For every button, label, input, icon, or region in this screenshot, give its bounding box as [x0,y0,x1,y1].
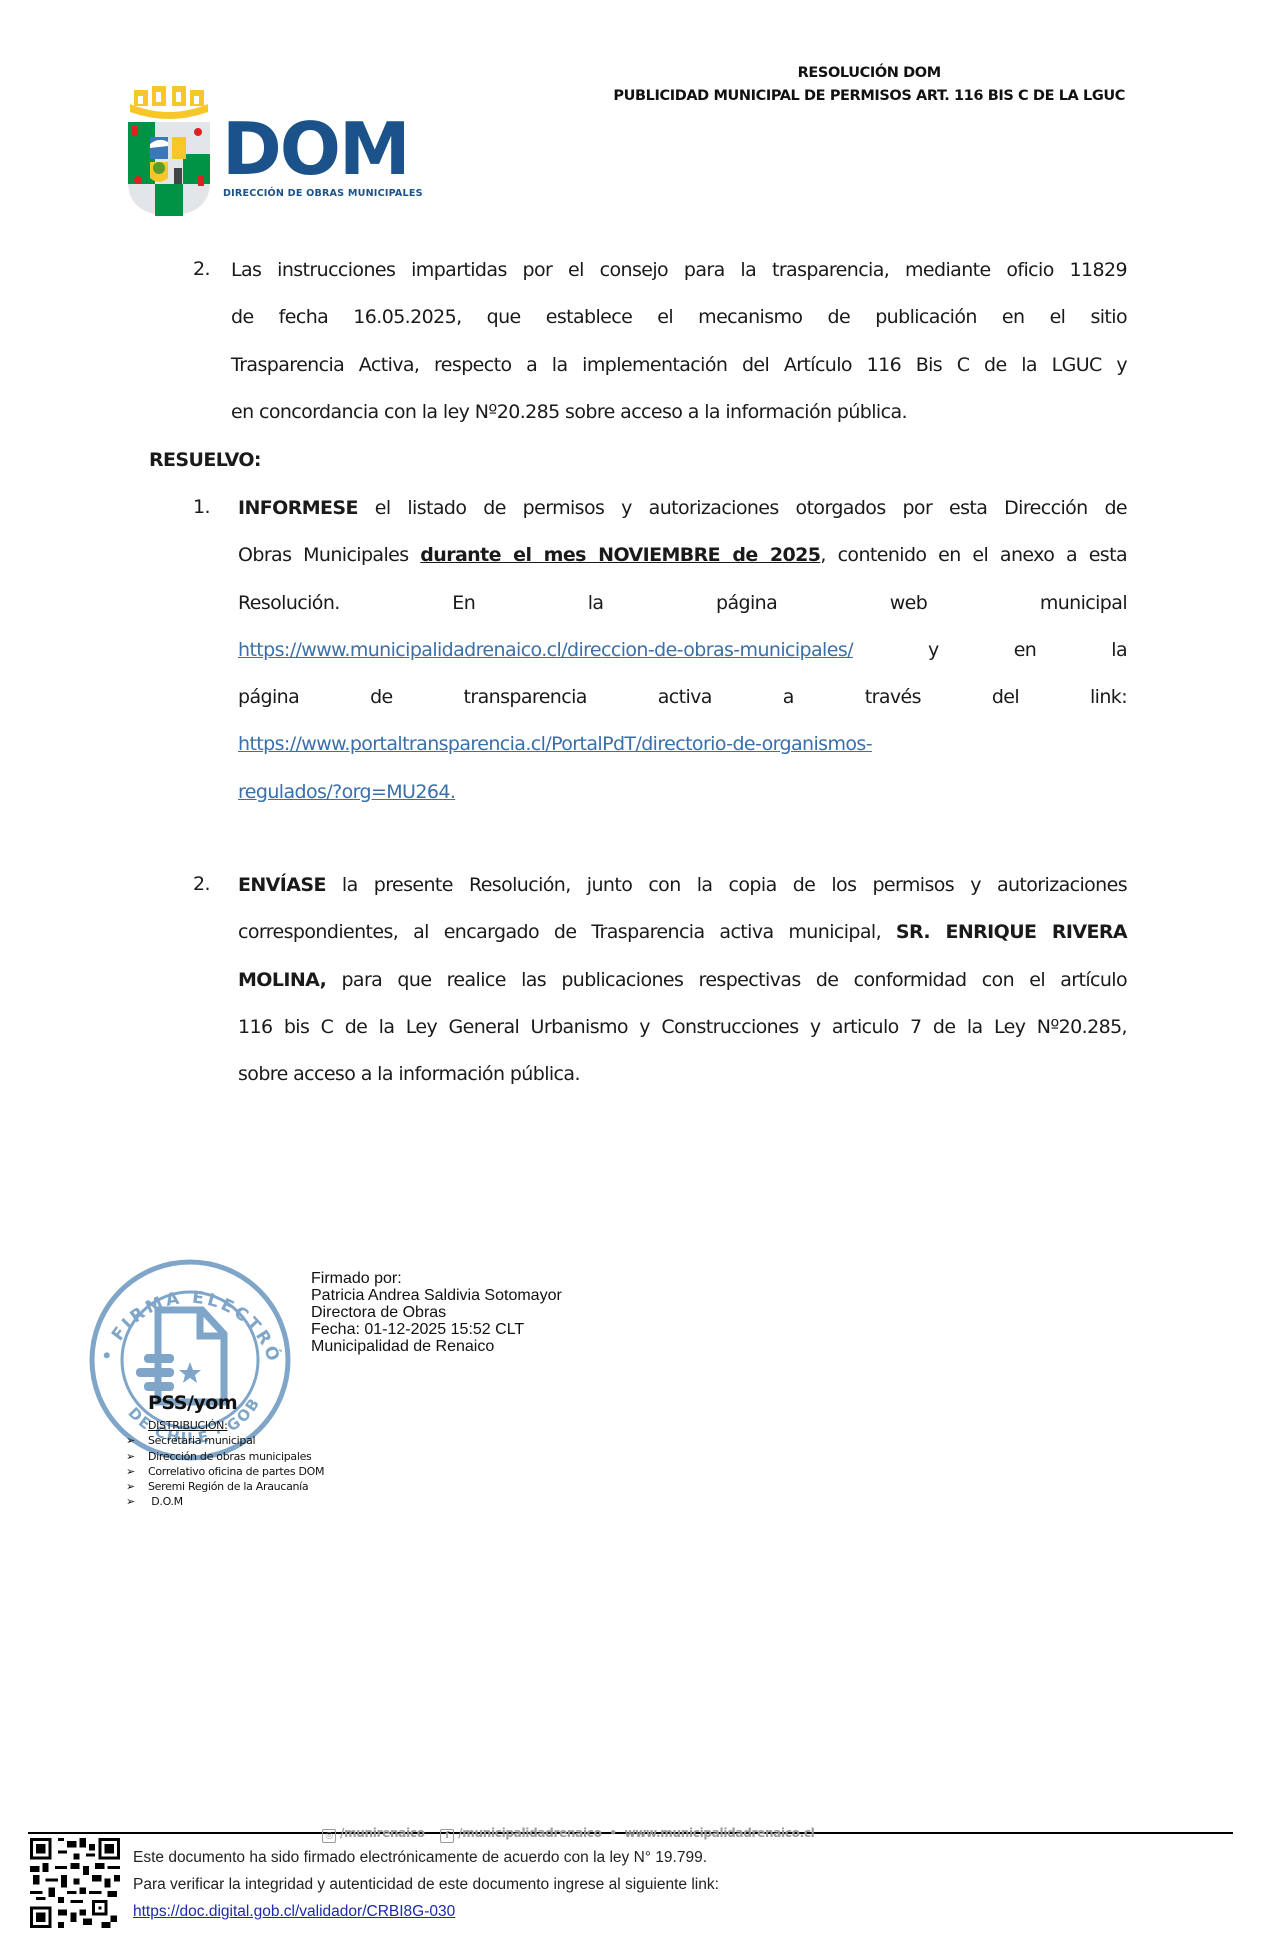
bold-lead: INFORMESE [238,497,358,519]
text-line: página de transparencia activa a través … [238,674,1127,721]
distribution-list: DISTRIBUCIÓN: ➢Secretaria municipal ➢Dir… [148,1418,324,1510]
initials: PSS/yom [148,1392,237,1414]
resuelvo-1-number: 1. [193,496,210,518]
header-title: RESOLUCIÓN DOM [613,62,1125,85]
facebook-handle: /municipalidadrenaico [458,1826,601,1840]
text-line: 116 bis C de la Ley General Urbanismo y … [238,1004,1127,1051]
list-item: ➢Seremi Región de la Araucanía [148,1479,324,1494]
list-item-text: Correlativo oficina de partes DOM [148,1465,324,1478]
municipal-website-link[interactable]: https://www.municipalidadrenaico.cl/dire… [238,639,853,661]
list-item: ➢Secretaria municipal [148,1433,324,1448]
text-span: y en la [853,639,1127,661]
header-subtitle: PUBLICIDAD MUNICIPAL DE PERMISOS ART. 11… [613,85,1125,108]
text-line: en concordancia con la ley Nº20.285 sobr… [231,389,1127,436]
list-item-text: Secretaria municipal [148,1434,255,1447]
resuelvo-2-text: ENVÍASE la presente Resolución, junto co… [238,862,1127,1098]
list-item: ➢ D.O.M [148,1494,324,1509]
text-span: el listado de permisos y autorizaciones … [358,497,1127,519]
signer-title: Directora de Obras [311,1304,562,1321]
text-line: Trasparencia Activa, respecto a la imple… [231,342,1127,389]
text-line: Las instrucciones impartidas por el cons… [231,247,1127,294]
period-highlight: durante el mes NOVIEMBRE de 2025 [420,544,820,566]
list-item-text: Dirección de obras municipales [148,1450,311,1463]
instagram-icon: ◎ [322,1829,336,1843]
resuelvo-1-text: INFORMESE el listado de permisos y autor… [238,485,1127,816]
arrow-bullet-icon: ➢ [126,1464,135,1479]
coat-of-arms-icon [128,82,210,221]
considerando-number: 2. [193,258,210,280]
signer-name: Patricia Andrea Saldivia Sotomayor [311,1287,562,1304]
text-span: Obras Municipales [238,544,420,566]
qr-code-icon[interactable] [30,1838,120,1933]
transparency-portal-link[interactable]: https://www.portaltransparencia.cl/Porta… [238,733,872,755]
distribution-heading: DISTRIBUCIÓN: [148,1418,324,1433]
text-span: para que realice las publicaciones respe… [326,969,1127,991]
transparency-portal-link-cont[interactable]: regulados/?org=MU264. [238,781,455,803]
text-span: correspondientes, al encargado de Traspa… [238,921,896,943]
text-span: , contenido en el anexo a esta [820,544,1127,566]
arrow-bullet-icon: ➢ [126,1494,135,1509]
text-line: sobre acceso a la información pública. [238,1051,1127,1098]
arrow-bullet-icon: ➢ [126,1479,135,1494]
text-line: Resolución. En la página web municipal [238,580,1127,627]
logo-subtitle: DIRECCIÓN DE OBRAS MUNICIPALES [223,188,423,199]
social-links: ◎/munirenaico f/municipalidadrenaico • w… [322,1826,814,1843]
text-span: la presente Resolución, junto con la cop… [326,874,1127,896]
considerando-2-text: Las instrucciones impartidas por el cons… [231,247,1127,436]
arrow-bullet-icon: ➢ [126,1449,135,1464]
legal-notice: Este documento ha sido firmado electróni… [133,1844,719,1871]
logo-title: DOM [222,113,409,185]
list-item: ➢Dirección de obras municipales [148,1449,324,1464]
instagram-handle: /munirenaico [340,1826,425,1840]
person-name-cont: MOLINA, [238,969,326,991]
footer-notice: Este documento ha sido firmado electróni… [133,1844,719,1925]
verification-notice: Para verificar la integridad y autentici… [133,1871,719,1898]
resuelvo-heading: RESUELVO: [149,449,261,471]
person-name: SR. ENRIQUE RIVERA [896,921,1127,943]
website-text: www.municipalidadrenaico.cl [624,1826,814,1840]
signed-by-label: Firmado por: [311,1270,562,1287]
signature-date: Fecha: 01-12-2025 15:52 CLT [311,1321,562,1338]
facebook-icon: f [440,1829,454,1843]
list-item-text: Seremi Región de la Araucanía [148,1480,308,1493]
text-line: de fecha 16.05.2025, que establece el me… [231,294,1127,341]
validator-link[interactable]: https://doc.digital.gob.cl/validador/CRB… [133,1903,455,1920]
resuelvo-2-number: 2. [193,873,210,895]
arrow-bullet-icon: ➢ [126,1433,135,1448]
list-item-text: D.O.M [148,1495,183,1508]
list-item: ➢Correlativo oficina de partes DOM [148,1464,324,1479]
bold-lead: ENVÍASE [238,874,326,896]
signature-block: Firmado por: Patricia Andrea Saldivia So… [311,1270,562,1355]
document-header: RESOLUCIÓN DOM PUBLICIDAD MUNICIPAL DE P… [613,62,1125,108]
signer-organization: Municipalidad de Renaico [311,1338,562,1355]
separator: • [609,1826,616,1840]
